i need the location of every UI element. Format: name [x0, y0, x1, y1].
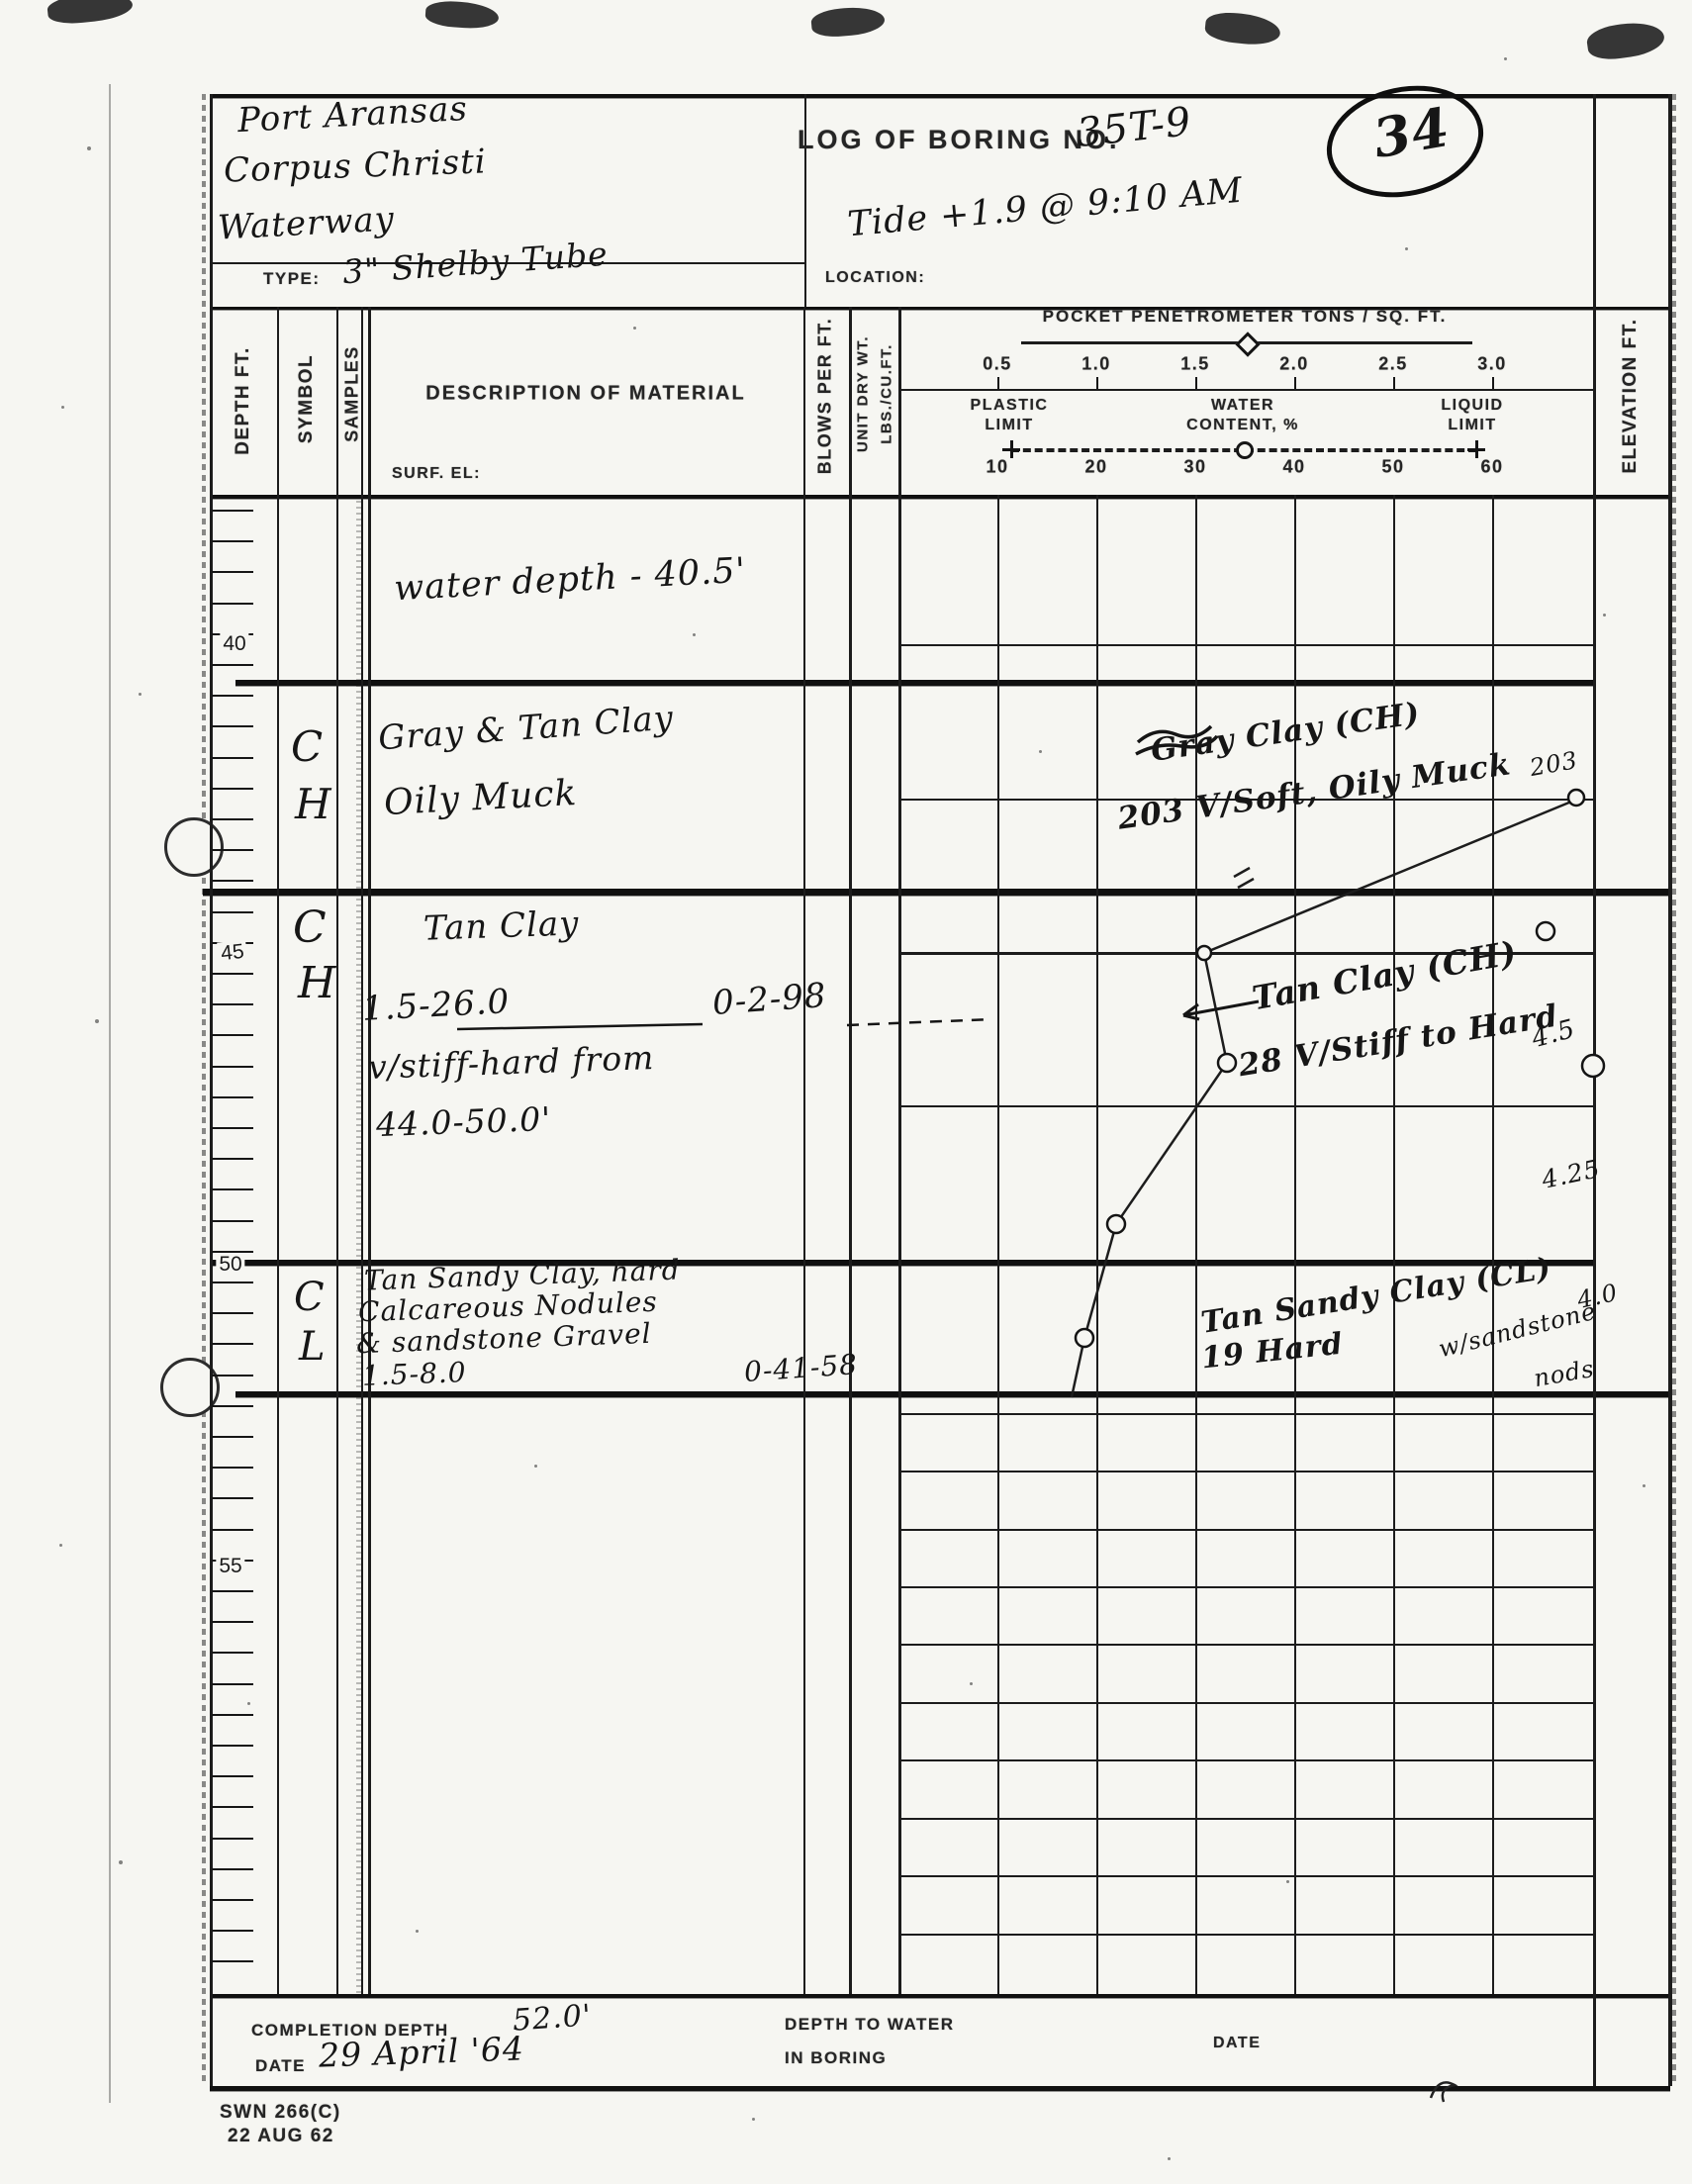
- polyline-arrowhead-icon: [1234, 868, 1254, 888]
- data-point-203: [1568, 790, 1584, 806]
- boring-log-sheet: Port Aransas Corpus Christi Waterway LOG…: [0, 0, 1692, 2184]
- data-point-4-5: [1582, 1055, 1604, 1077]
- tan-clay-pointer-arrow: [1183, 1001, 1259, 1019]
- data-point: [1107, 1215, 1125, 1233]
- plot-overlay: [0, 0, 1692, 2184]
- footer-scribble: [1431, 2082, 1455, 2102]
- data-point-28: [1218, 1054, 1236, 1072]
- handwritten-dash-line: [847, 1019, 991, 1025]
- data-point: [1197, 946, 1211, 960]
- gray-word-scribble: [1136, 726, 1217, 754]
- data-point-19: [1076, 1329, 1093, 1347]
- water-content-polyline: [1072, 800, 1576, 1397]
- data-point: [1537, 922, 1554, 940]
- handwritten-underline: [457, 1024, 703, 1029]
